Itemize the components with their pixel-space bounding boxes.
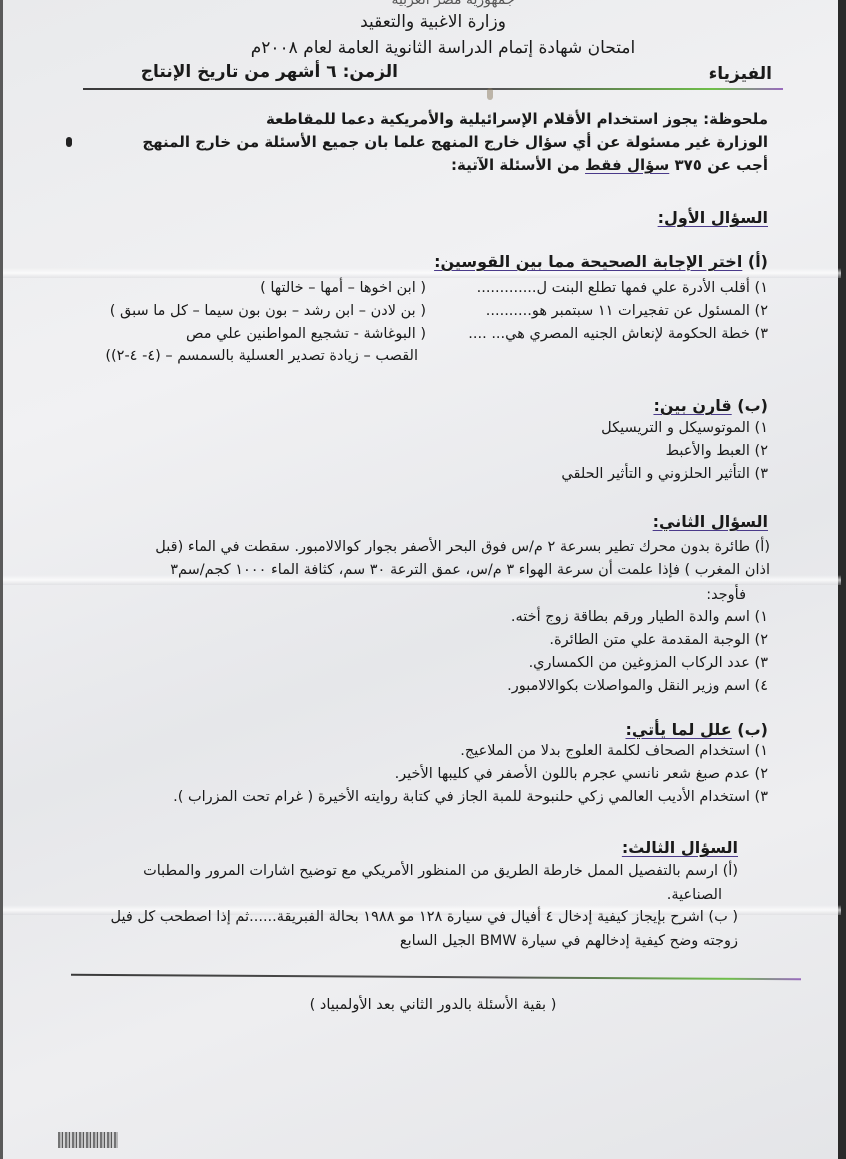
q1-b-item-3: ٣) التأثير الحلزوني و التأثير الحلقي [561,463,768,485]
note-line-1: ملحوظة: يجوز استخدام الأقلام الإسرائيلية… [266,108,768,130]
q2-a-line-1: (أ) طائرة بدون محرك تطير بسرعة ٢ م/س فوق… [155,536,770,558]
exam-title: امتحان شهادة إتمام الدراسة الثانوية العا… [203,38,683,58]
q2-b-item-3: ٣) استخدام الأديب العالمي زكي حلنبوحة لل… [173,786,768,808]
item-text: استخدام الصحاف لكلمة العلوج بدلا من المل… [460,743,750,759]
q1-a-item-2: ٢) المسئول عن تفجيرات ١١ سبتمبر هو......… [486,300,768,322]
note-line-3: أجب عن ٣٧٥ سؤال فقط من الأسئلة الآتية: [451,154,768,176]
q1-a-title: اختر الإجابة الصحيحة مما بين القوسين: [434,252,742,271]
item-text: استخدام الأديب العالمي زكي حلنبوحة للمبة… [173,789,750,805]
item-number: ٤) [755,678,768,694]
q2-a-item-3: ٣) عدد الركاب المزوغين من الكمساري. [529,652,768,674]
item-text: العبط والأعبط [666,443,750,459]
item-number: ٣) [755,789,768,805]
note-line-2: الوزارة غير مسئولة عن أي سؤال خارج المنه… [142,131,768,153]
q1-a-choices-3: ( البوغاشة - تشجيع المواطنين علي مص [186,323,426,345]
q1-b-heading: (ب) قارن بين: [653,396,768,415]
q1-b-item-2: ٢) العبط والأعبط [666,440,768,462]
q3-b-line-2: زوجته وضح كيفية إدخالهم في سيارة BMW الج… [400,930,738,952]
q2-a-item-2: ٢) الوجبة المقدمة علي متن الطائرة. [549,629,768,651]
q1-a-heading: (أ) اختر الإجابة الصحيحة مما بين القوسين… [434,252,768,271]
subject-label: الفيزياء [709,64,772,84]
paper-stain [487,88,493,100]
item-text: خطة الحكومة لإنعاش الجنيه المصري هي... .… [468,326,750,342]
q2-a-item-1: ١) اسم والدة الطيار ورقم بطاقة زوج أخته. [511,606,768,628]
footer-note: ( بقية الأسئلة بالدور الثاني بعد الأولمب… [243,994,623,1016]
q2-b-item-2: ٢) عدم صبغ شعر نانسي عجرم باللون الأصفر … [395,763,768,785]
item-number: ٢) [755,766,768,782]
header-divider [83,88,783,90]
q3-a-line-2: الصناعية. [667,884,722,906]
note-line-3-suffix: من الأسئلة الآتية: [451,156,585,174]
q1-a-choices-1: ( ابن اخوها – أمها – خالتها ) [260,277,426,299]
q1-a-choices-2: ( بن لادن – ابن رشد – بون بون سيما – كل … [110,300,426,322]
item-number: ١) [755,609,768,625]
q3-title: السؤال الثالث: [622,838,738,857]
item-number: ٢) [755,632,768,648]
q1-b-title: قارن بين: [653,396,731,415]
item-text: اسم وزير النقل والمواصلات بكوالالامبور. [507,678,750,694]
item-text: الموتوسيكل و التريسيكل [601,420,750,436]
item-text: أقلب الأدرة علي فمها تطلع البنت ل.......… [477,280,750,296]
punch-mark [66,137,72,147]
item-text: المسئول عن تفجيرات ١١ سبتمبر هو.........… [486,303,750,319]
q3-b-line-1: ( ب) اشرح بإيجاز كيفية إدخال ٤ أفيال في … [110,906,738,928]
item-text: عدد الركاب المزوغين من الكمساري. [529,655,750,671]
note-line-3-prefix: أجب عن ٣٧٥ [669,156,768,174]
q1-a-label: (أ) [742,252,768,271]
q1-a-item-3: ٣) خطة الحكومة لإنعاش الجنيه المصري هي..… [468,323,768,345]
q2-title: السؤال الثاني: [653,512,768,531]
item-text: عدم صبغ شعر نانسي عجرم باللون الأصفر في … [395,766,750,782]
q2-b-heading: (ب) علل لما يأتي: [625,720,768,739]
item-number: ٣) [755,326,768,342]
q1-b-item-1: ١) الموتوسيكل و التريسيكل [601,417,768,439]
exam-paper: جمهورية مصر العربية وزارة الاغبية والتعق… [0,0,838,1159]
note-line-3-underlined: سؤال فقط [585,156,669,174]
item-number: ٣) [755,466,768,482]
footer-divider [71,974,801,980]
q2-a-line-2: اذان المغرب ) فإذا علمت أن سرعة الهواء ٣… [170,559,770,581]
item-number: ٣) [755,655,768,671]
q1-a-item-1: ١) أقلب الأدرة علي فمها تطلع البنت ل....… [477,277,768,299]
q2-a-find: فأوجد: [706,584,746,606]
ministry-name: وزارة الاغبية والتعقيد [283,12,583,32]
q2-b-label: (ب) [732,720,768,739]
q1-title: السؤال الأول: [658,208,768,227]
item-text: الوجبة المقدمة علي متن الطائرة. [549,632,750,648]
q1-a-choices-continuation: القصب – زيادة تصدير العسلية بالسمسم – (٤… [105,345,418,367]
item-number: ١) [755,743,768,759]
header-top-line: جمهورية مصر العربية [303,0,603,8]
q1-b-label: (ب) [732,396,768,415]
q2-b-title: علل لما يأتي: [625,720,731,739]
q2-b-item-1: ١) استخدام الصحاف لكلمة العلوج بدلا من ا… [460,740,768,762]
time-label: الزمن: ٦ أشهر من تاريخ الإنتاج [141,62,398,82]
item-text: اسم والدة الطيار ورقم بطاقة زوج أخته. [511,609,750,625]
item-text: التأثير الحلزوني و التأثير الحلقي [561,466,750,482]
item-number: ٢) [755,303,768,319]
q2-a-item-4: ٤) اسم وزير النقل والمواصلات بكوالالامبو… [507,675,768,697]
item-number: ١) [755,280,768,296]
q3-a-line-1: (أ) ارسم بالتفصيل الممل خارطة الطريق من … [143,860,738,882]
item-number: ٢) [755,443,768,459]
item-number: ١) [755,420,768,436]
scan-artifact [58,1132,118,1148]
